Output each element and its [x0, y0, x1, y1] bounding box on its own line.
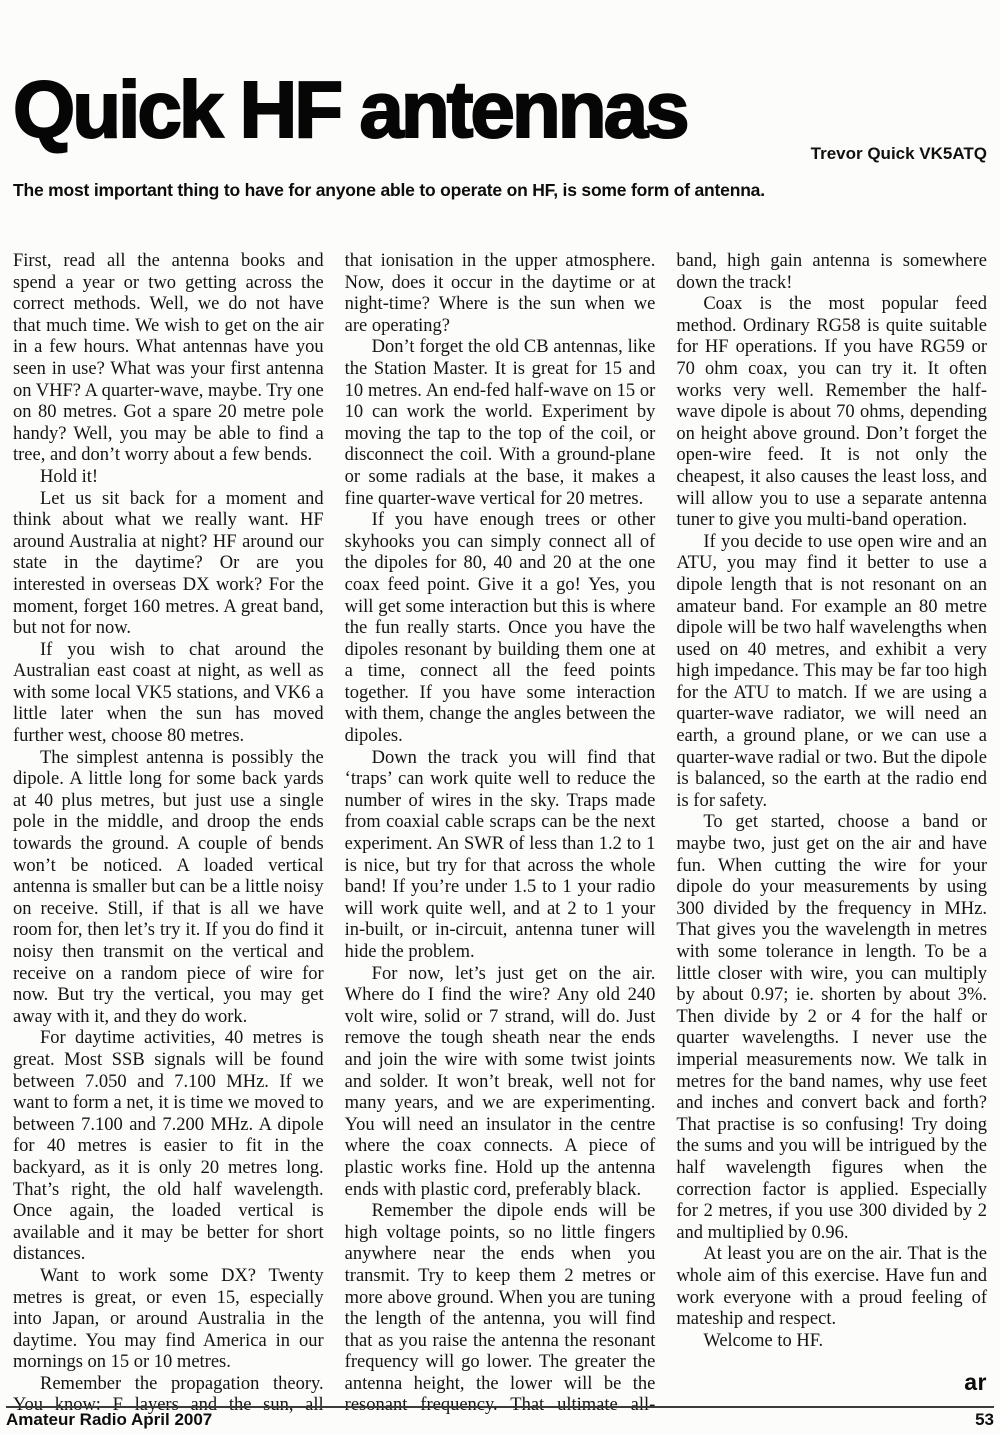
standfirst: The most important thing to have for any…: [13, 180, 987, 201]
paragraph: Remember the dipole ends will be high vo…: [345, 1201, 656, 1417]
paragraph: First, read all the antenna books and sp…: [13, 251, 324, 467]
paragraph: If you decide to use open wire and an AT…: [676, 532, 987, 813]
paragraph: Want to work some DX? Twenty metres is g…: [13, 1266, 324, 1374]
article-title: Quick HF antennas: [13, 70, 987, 150]
paragraph: If you wish to chat around the Australia…: [13, 640, 324, 748]
article-column-2: that ionisation in the upper atmosphere.…: [345, 251, 656, 1417]
article-body: First, read all the antenna books and sp…: [13, 251, 987, 1417]
end-of-article-mark: ar: [676, 1372, 987, 1394]
magazine-page: Quick HF antennas Trevor Quick VK5ATQ Th…: [0, 0, 1000, 1435]
article-column-3: band, high gain antenna is somewhere dow…: [676, 251, 987, 1417]
page-footer: Amateur Radio April 2007 53: [6, 1406, 994, 1435]
paragraph: Coax is the most popular feed method. Or…: [676, 294, 987, 532]
paragraph: Don’t forget the old CB antennas, like t…: [345, 337, 656, 510]
paragraph: Down the track you will find that ‘traps…: [345, 748, 656, 964]
paragraph: Welcome to HF.: [676, 1331, 987, 1353]
paragraph: For now, let’s just get on the air. Wher…: [345, 964, 656, 1202]
article-column-1: First, read all the antenna books and sp…: [13, 251, 324, 1417]
article-header: Quick HF antennas Trevor Quick VK5ATQ Th…: [13, 0, 987, 201]
footer-page-number: 53: [975, 1410, 994, 1430]
paragraph: Hold it!: [13, 467, 324, 489]
paragraph: If you have enough trees or other skyhoo…: [345, 510, 656, 748]
paragraph: that ionisation in the upper atmosphere.…: [345, 251, 656, 337]
paragraph: For daytime activities, 40 metres is gre…: [13, 1028, 324, 1266]
footer-publication: Amateur Radio April 2007: [6, 1410, 212, 1430]
paragraph: The simplest antenna is possibly the dip…: [13, 748, 324, 1029]
paragraph: Let us sit back for a moment and think a…: [13, 489, 324, 640]
paragraph: To get started, choose a band or maybe t…: [676, 812, 987, 1244]
paragraph: band, high gain antenna is somewhere dow…: [676, 251, 987, 294]
paragraph: At least you are on the air. That is the…: [676, 1244, 987, 1330]
